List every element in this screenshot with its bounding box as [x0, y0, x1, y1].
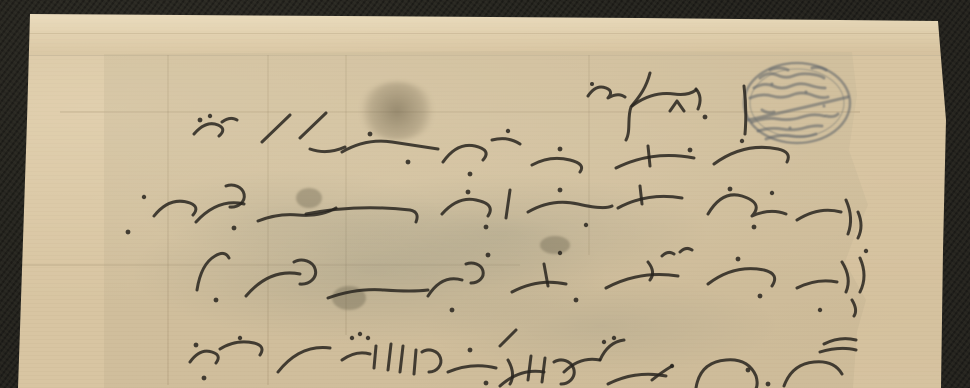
invocation-mark	[588, 73, 746, 140]
script-line	[126, 185, 861, 238]
handwriting-layer	[0, 0, 970, 388]
script-line	[197, 248, 868, 316]
manuscript-scan-viewport	[0, 0, 970, 388]
script-line	[194, 113, 788, 176]
seal-stamp-icon	[744, 63, 850, 143]
